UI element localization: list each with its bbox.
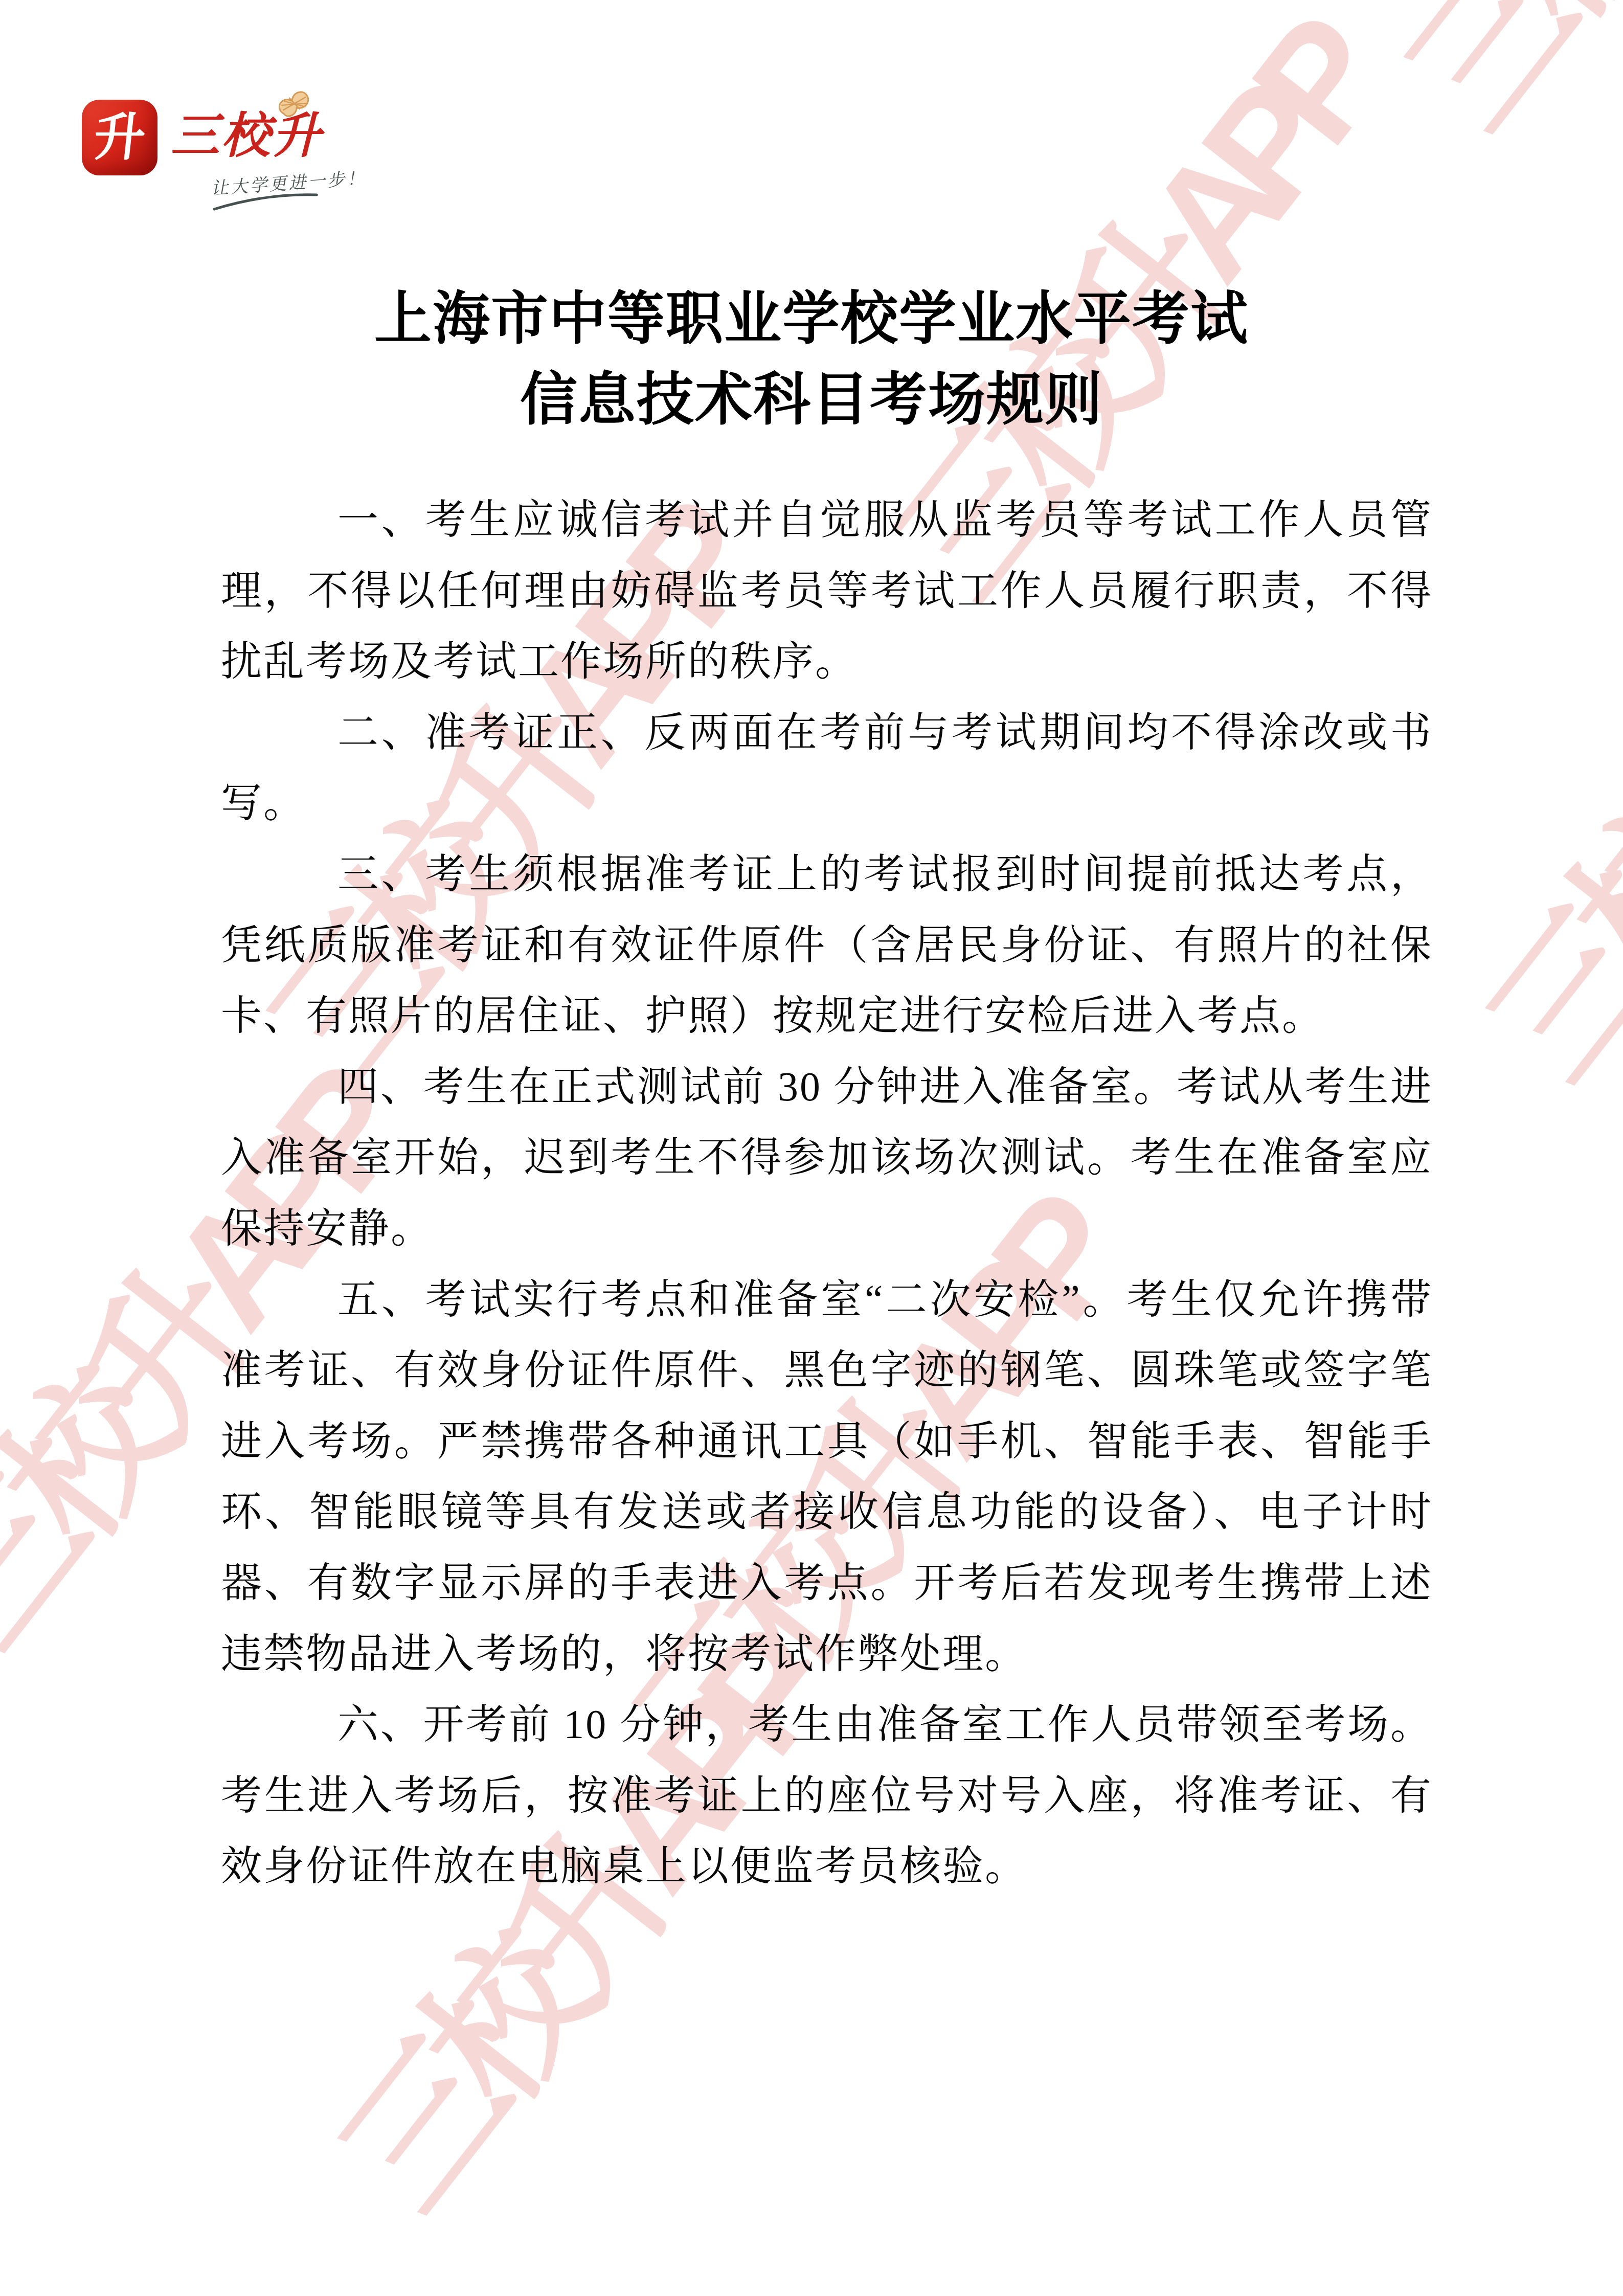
logo-text-block: 三校升 让大学更进一步！ <box>171 100 328 208</box>
rule-paragraph-5: 五、考试实行考点和准备室“二次安检”。考生仅允许携带准考证、有效身份证件原件、黑… <box>221 1265 1433 1690</box>
title-line-1: 上海市中等职业学校学业水平考试 <box>0 279 1623 359</box>
document-title: 上海市中等职业学校学业水平考试 信息技术科目考场规则 <box>0 279 1623 440</box>
app-logo-icon: 升 <box>82 100 157 175</box>
rule-paragraph-1: 一、考生应诚信考试并自觉服从监考员等考试工作人员管理，不得以任何理由妨碍监考员等… <box>221 485 1433 697</box>
logo-icon-glyph: 升 <box>92 112 148 163</box>
document-content: 升 三校升 让大学更进一步！ 上海市中等 <box>0 0 1623 2296</box>
document-page: 三校升APP 三校升APP 三校升APP 三校升APP 三校升APP 三校升AP… <box>0 0 1623 2296</box>
logo-wordmark: 三校升 <box>171 111 328 162</box>
rule-paragraph-3: 三、考生须根据准考证上的考试报到时间提前抵达考点，凭纸质版准考证和有效证件原件（… <box>221 839 1433 1052</box>
rule-paragraph-2: 二、准考证正、反两面在考前与考试期间均不得涂改或书写。 <box>221 697 1433 839</box>
rule-paragraph-6: 六、开考前 10 分钟，考生由准备室工作人员带领至考场。考生进入考场后，按准考证… <box>221 1690 1433 1902</box>
sanxiaosheng-logo: 升 三校升 让大学更进一步！ <box>82 100 328 208</box>
tagline-row: 让大学更进一步！ <box>211 169 328 208</box>
rule-paragraph-4: 四、考生在正式测试前 30 分钟进入准备室。考试从考生进入准备室开始，迟到考生不… <box>221 1052 1433 1265</box>
title-line-2: 信息技术科目考场规则 <box>0 359 1623 440</box>
rules-list: 一、考生应诚信考试并自觉服从监考员等考试工作人员管理，不得以任何理由妨碍监考员等… <box>221 485 1433 1902</box>
